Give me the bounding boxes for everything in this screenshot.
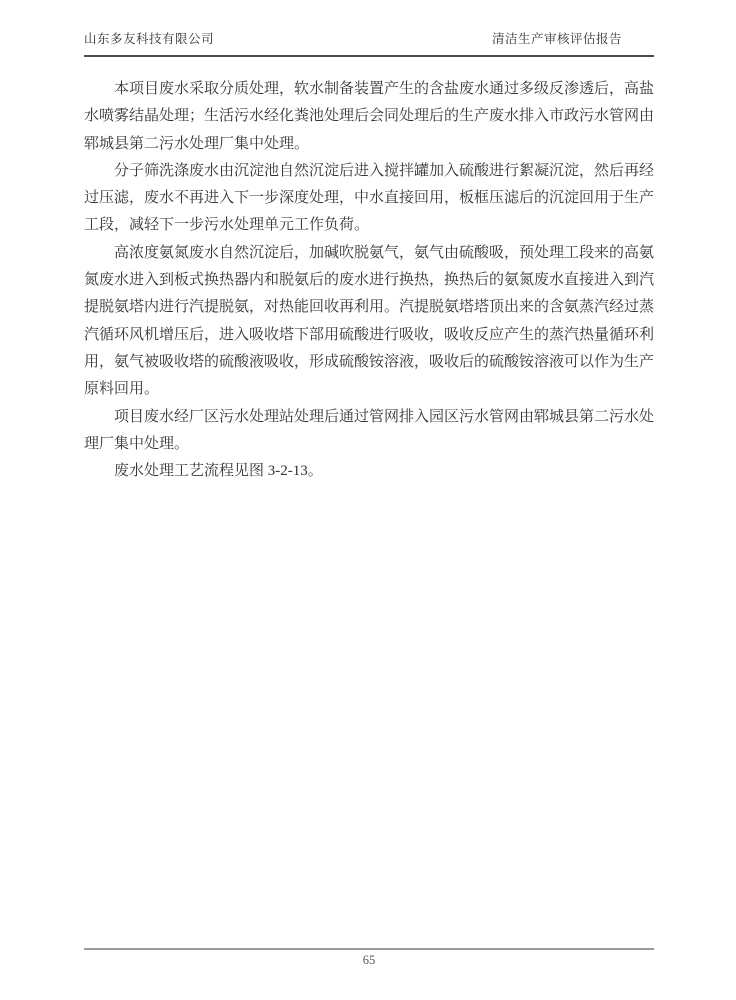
paragraph-molecular-sieve-washing: 分子筛洗涤废水由沉淀池自然沉淀后进入搅拌罐加入硫酸进行絮凝沉淀，然后再经过压滤，… <box>84 158 654 240</box>
header-report-title: 清洁生产审核评估报告 <box>492 30 654 48</box>
paragraph-ammonia-nitrogen-wastewater: 高浓度氨氮废水自然沉淀后，加碱吹脱氨气，氨气由硫酸吸，预处理工段来的高氨氮废水进… <box>84 240 654 404</box>
document-body: 本项目废水采取分质处理，软水制备装置产生的含盐废水通过多级反渗透后，高盐水喷雾结… <box>84 76 654 485</box>
paragraph-pipe-network-discharge: 项目废水经厂区污水处理站处理后通过管网排入园区污水管网由郓城县第二污水处理厂集中… <box>84 404 654 459</box>
header-company-name: 山东多友科技有限公司 <box>84 30 214 48</box>
document-page: 山东多友科技有限公司 清洁生产审核评估报告 本项目废水采取分质处理，软水制备装置… <box>0 0 736 1000</box>
page-number: 65 <box>84 951 654 969</box>
paragraph-figure-reference: 废水处理工艺流程见图 3-2-13。 <box>84 458 654 485</box>
page-header: 山东多友科技有限公司 清洁生产审核评估报告 <box>84 30 654 57</box>
footer-rule <box>84 948 654 950</box>
paragraph-wastewater-quality-treatment: 本项目废水采取分质处理，软水制备装置产生的含盐废水通过多级反渗透后，高盐水喷雾结… <box>84 76 654 158</box>
